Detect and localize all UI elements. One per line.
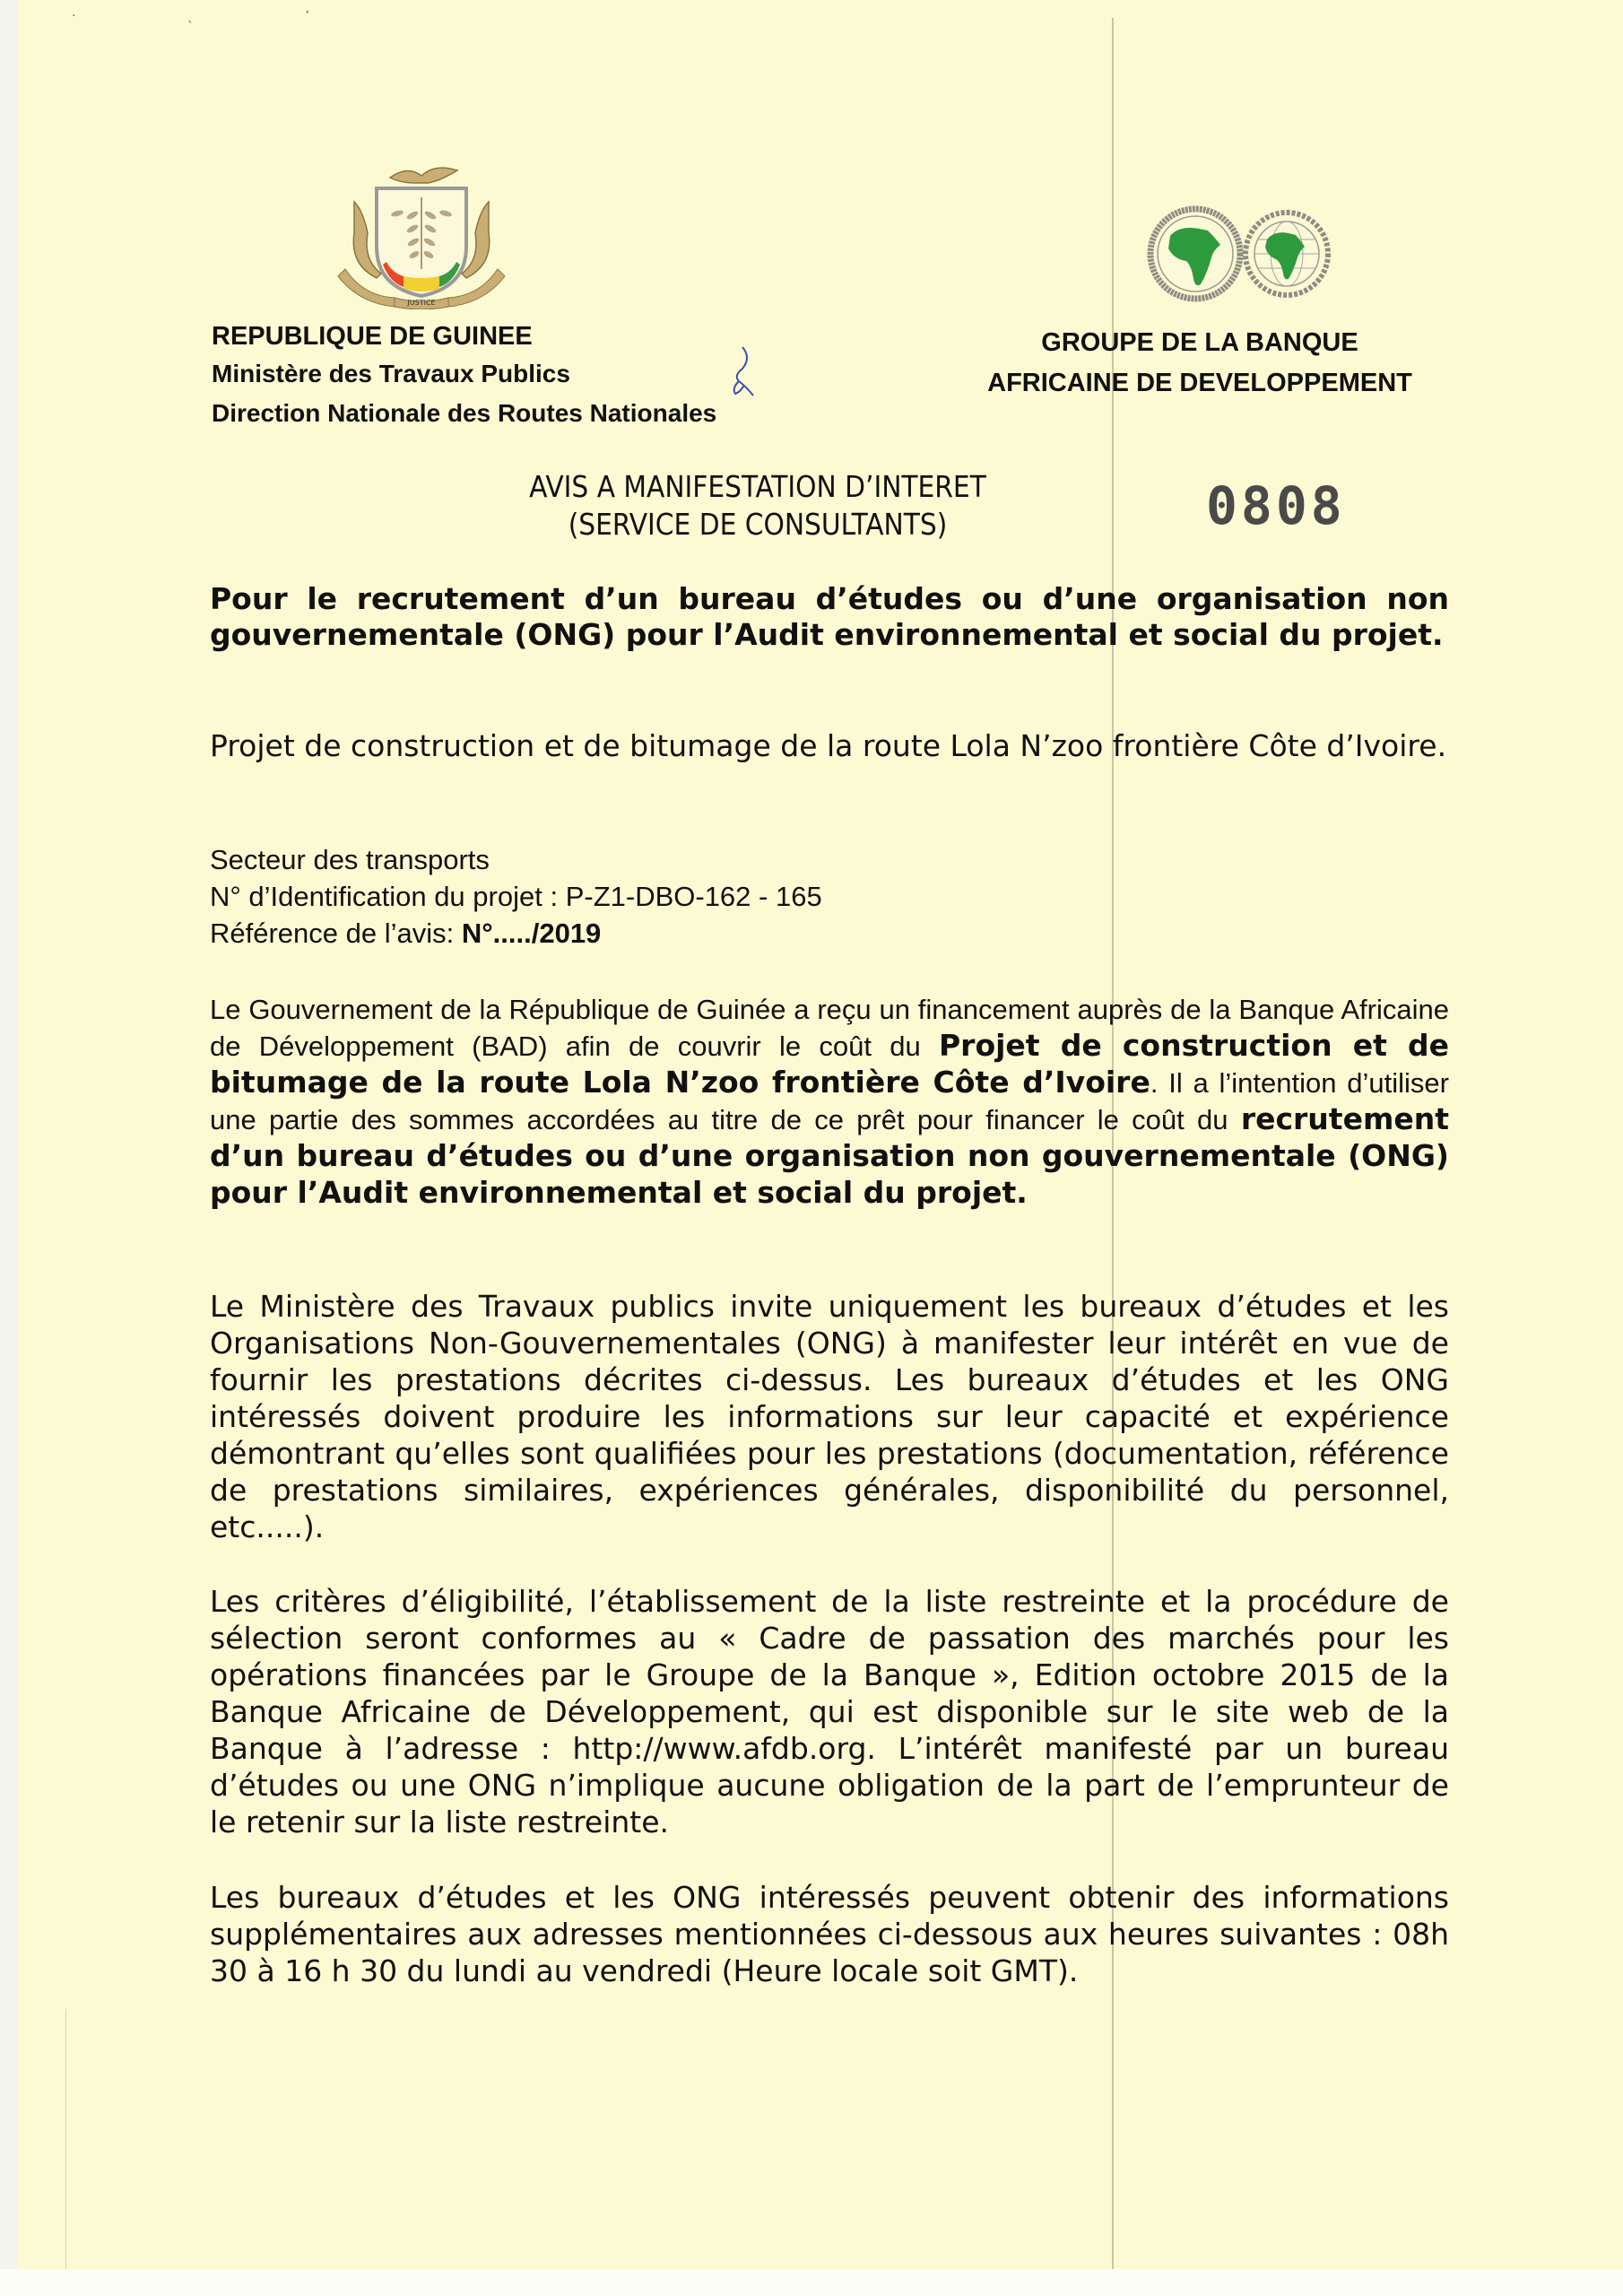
paragraph-contact-hours: Les bureaux d’études et les ONG intéress… bbox=[210, 1879, 1449, 1989]
project-line: Projet de construction et de bitumage de… bbox=[210, 728, 1449, 764]
notice-subject: Pour le recrutement d’un bureau d’études… bbox=[210, 581, 1449, 653]
scan-specks: · ˎ ʼ bbox=[72, 9, 363, 23]
guinea-coat-of-arms-icon: JUSTICE bbox=[327, 161, 516, 309]
notice-title-line2: (SERVICE DE CONSULTANTS) bbox=[430, 506, 1085, 544]
bank-name-line2: AFRICAINE DE DEVELOPPEMENT bbox=[958, 363, 1442, 404]
afdb-globe-logo-icon bbox=[1143, 202, 1341, 305]
registration-stamp: 0808 bbox=[1206, 475, 1346, 536]
notice-title-line1: AVIS A MANIFESTATION D’INTERET bbox=[430, 468, 1085, 506]
reference-row: Référence de l’avis: N°...../2019 bbox=[210, 915, 822, 952]
scan-left-edge bbox=[0, 0, 18, 2296]
project-id-label: N° d’Identification du projet : bbox=[210, 881, 566, 912]
project-id-value: P-Z1-DBO-162 - 165 bbox=[566, 881, 822, 912]
faint-fold-line bbox=[65, 2009, 66, 2269]
bank-name-line1: GROUPE DE LA BANQUE bbox=[958, 323, 1442, 363]
notice-title: AVIS A MANIFESTATION D’INTERET (SERVICE … bbox=[430, 468, 1085, 544]
bank-header: GROUPE DE LA BANQUE AFRICAINE DE DEVELOP… bbox=[958, 323, 1442, 404]
paragraph-eligibility: Les critères d’éligibilité, l’établissem… bbox=[210, 1583, 1449, 1840]
paragraph-financing: Le Gouvernement de la République de Guin… bbox=[210, 992, 1449, 1212]
ministry-name: Ministère des Travaux Publics bbox=[212, 354, 716, 394]
scan-bottom-edge bbox=[0, 2269, 1623, 2296]
reference-value: N°...../2019 bbox=[462, 918, 601, 949]
paragraph-invitation: Le Ministère des Travaux publics invite … bbox=[210, 1288, 1449, 1545]
issuer-header: REPUBLIQUE DE GUINEE Ministère des Trava… bbox=[212, 318, 716, 433]
initial-signature-icon bbox=[726, 345, 762, 399]
country-name: REPUBLIQUE DE GUINEE bbox=[212, 318, 716, 354]
svg-text:JUSTICE: JUSTICE bbox=[406, 299, 435, 307]
project-id-row: N° d’Identification du projet : P-Z1-DBO… bbox=[210, 878, 822, 915]
directorate-name: Direction Nationale des Routes Nationale… bbox=[212, 394, 716, 433]
sector: Secteur des transports bbox=[210, 841, 822, 878]
reference-label: Référence de l’avis: bbox=[210, 918, 462, 949]
project-info: Secteur des transports N° d’Identificati… bbox=[210, 841, 822, 952]
